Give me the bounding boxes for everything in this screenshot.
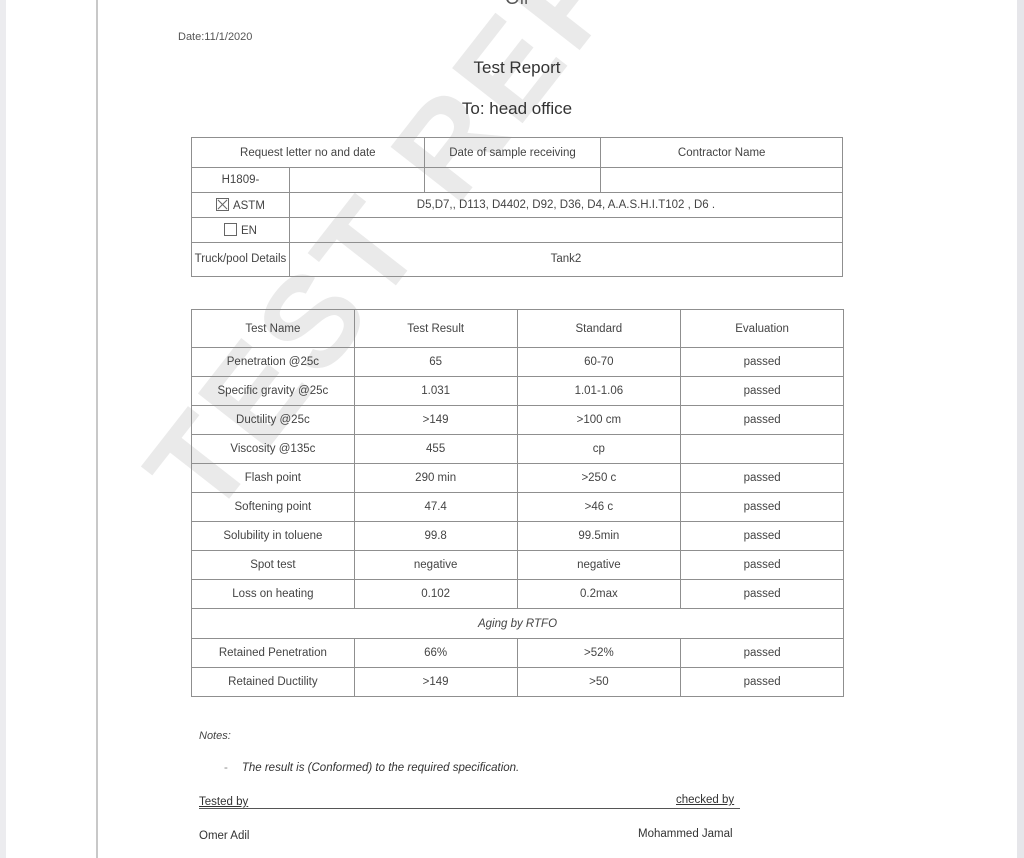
astm-label: ASTM <box>233 200 265 212</box>
test-name: Penetration @25c <box>192 348 355 377</box>
test-result: >149 <box>354 668 517 697</box>
test-result: 0.102 <box>354 580 517 609</box>
astm-label-cell: ASTM <box>192 193 290 218</box>
test-evaluation: passed <box>681 377 844 406</box>
cut-heading: Oil <box>505 0 528 10</box>
request-date-cell <box>289 168 424 193</box>
table-row: Flash point290 min>250 cpassed <box>192 464 844 493</box>
contractor-name-cell <box>601 168 843 193</box>
test-evaluation: passed <box>681 639 844 668</box>
test-name: Softening point <box>192 493 355 522</box>
table-row: Specific gravity @25c1.0311.01-1.06passe… <box>192 377 844 406</box>
tested-by-label: Tested by <box>199 796 248 808</box>
test-name: Viscosity @135c <box>192 435 355 464</box>
truck-label: Truck/pool Details <box>192 243 290 277</box>
test-result: 65 <box>354 348 517 377</box>
test-standard: 99.5min <box>517 522 681 551</box>
header-sample-date: Date of sample receiving <box>424 138 601 168</box>
table-row: Solubility in toluene99.899.5minpassed <box>192 522 844 551</box>
test-name: Loss on heating <box>192 580 355 609</box>
page-left-edge <box>0 0 6 858</box>
test-evaluation: passed <box>681 406 844 435</box>
notes-label: Notes: <box>199 730 231 742</box>
test-result: 47.4 <box>354 493 517 522</box>
table-row: Ductility @25c>149>100 cmpassed <box>192 406 844 435</box>
en-methods <box>289 218 842 243</box>
header-test-name: Test Name <box>192 310 355 348</box>
request-number: H1809- <box>192 168 290 193</box>
report-date: Date:11/1/2020 <box>178 31 252 43</box>
section-label: Aging by RTFO <box>192 609 844 639</box>
sample-date-cell <box>424 168 601 193</box>
request-row: H1809- <box>192 168 843 193</box>
checked-by-label: checked by <box>676 794 734 806</box>
test-result: negative <box>354 551 517 580</box>
test-standard: >50 <box>517 668 681 697</box>
test-result: 99.8 <box>354 522 517 551</box>
test-evaluation <box>681 435 844 464</box>
table-row: Penetration @25c6560-70passed <box>192 348 844 377</box>
test-evaluation: passed <box>681 464 844 493</box>
test-name: Specific gravity @25c <box>192 377 355 406</box>
test-evaluation: passed <box>681 580 844 609</box>
bullet: - <box>224 762 228 774</box>
results-table: Test Name Test Result Standard Evaluatio… <box>191 309 844 697</box>
test-name: Retained Penetration <box>192 639 355 668</box>
signature-line <box>199 808 740 809</box>
standard-row-en: EN <box>192 218 843 243</box>
test-standard: >100 cm <box>517 406 681 435</box>
recipient: To: head office <box>0 99 1024 119</box>
test-standard: 60-70 <box>517 348 681 377</box>
test-result: 455 <box>354 435 517 464</box>
table-row: Softening point47.4>46 cpassed <box>192 493 844 522</box>
test-result: >149 <box>354 406 517 435</box>
en-label-cell: EN <box>192 218 290 243</box>
test-standard: 1.01-1.06 <box>517 377 681 406</box>
test-evaluation: passed <box>681 522 844 551</box>
page-fold-line <box>96 0 98 858</box>
truck-row: Truck/pool Details Tank2 <box>192 243 843 277</box>
test-name: Solubility in toluene <box>192 522 355 551</box>
truck-value: Tank2 <box>289 243 842 277</box>
table-row: Retained Penetration66%>52%passed <box>192 639 844 668</box>
test-evaluation: passed <box>681 668 844 697</box>
table-row: Retained Ductility>149>50passed <box>192 668 844 697</box>
test-standard: negative <box>517 551 681 580</box>
test-standard: >250 c <box>517 464 681 493</box>
test-name: Flash point <box>192 464 355 493</box>
checker-name: Mohammed Jamal <box>638 828 733 840</box>
checked-checkbox-icon <box>216 198 229 211</box>
tester-name: Omer Adil <box>199 830 250 842</box>
test-evaluation: passed <box>681 551 844 580</box>
test-name: Retained Ductility <box>192 668 355 697</box>
test-standard: >52% <box>517 639 681 668</box>
test-evaluation: passed <box>681 348 844 377</box>
page-right-edge <box>1017 0 1024 858</box>
note-text: The result is (Conformed) to the require… <box>242 762 519 774</box>
header-contractor: Contractor Name <box>601 138 843 168</box>
header-evaluation: Evaluation <box>681 310 844 348</box>
test-name: Spot test <box>192 551 355 580</box>
test-evaluation: passed <box>681 493 844 522</box>
test-result: 66% <box>354 639 517 668</box>
info-table: Request letter no and date Date of sampl… <box>191 137 843 277</box>
en-label: EN <box>241 225 257 237</box>
table-row: Spot testnegativenegativepassed <box>192 551 844 580</box>
table-row: Loss on heating0.1020.2maxpassed <box>192 580 844 609</box>
test-standard: 0.2max <box>517 580 681 609</box>
section-row: Aging by RTFO <box>192 609 844 639</box>
test-standard: >46 c <box>517 493 681 522</box>
results-header-row: Test Name Test Result Standard Evaluatio… <box>192 310 844 348</box>
note-item: -The result is (Conformed) to the requir… <box>224 762 519 774</box>
info-header-row: Request letter no and date Date of sampl… <box>192 138 843 168</box>
unchecked-checkbox-icon <box>224 223 237 236</box>
page-title: Test Report <box>0 58 1024 78</box>
table-row: Viscosity @135c455cp <box>192 435 844 464</box>
test-standard: cp <box>517 435 681 464</box>
header-standard: Standard <box>517 310 681 348</box>
header-request-letter: Request letter no and date <box>192 138 425 168</box>
test-result: 1.031 <box>354 377 517 406</box>
test-result: 290 min <box>354 464 517 493</box>
standard-row-astm: ASTM D5,D7,, D113, D4402, D92, D36, D4, … <box>192 193 843 218</box>
header-test-result: Test Result <box>354 310 517 348</box>
test-name: Ductility @25c <box>192 406 355 435</box>
astm-methods: D5,D7,, D113, D4402, D92, D36, D4, A.A.S… <box>289 193 842 218</box>
